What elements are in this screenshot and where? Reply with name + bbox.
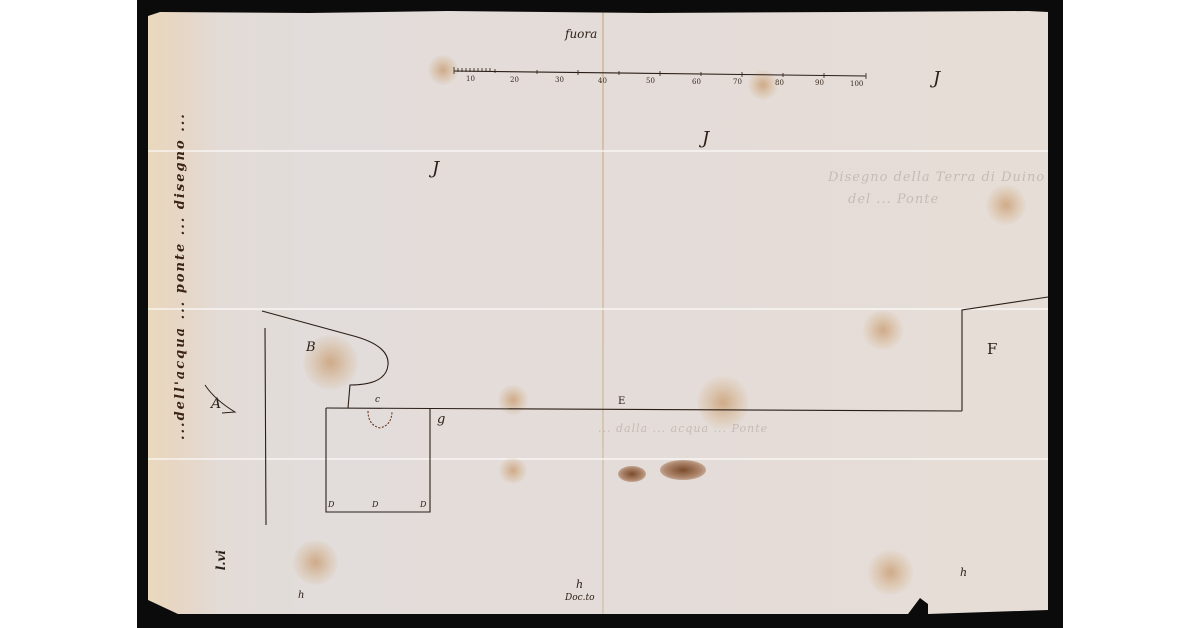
scale-tick-label: 90 [815, 79, 824, 87]
label-b: B [306, 340, 316, 355]
bottom-mark-h: h [298, 590, 304, 601]
label-j: J [432, 158, 439, 179]
bottom-mark-h: h [960, 566, 967, 579]
label-c: c [375, 395, 380, 405]
well-c [368, 411, 392, 428]
signature-mark: l.vi [214, 550, 228, 570]
label-a: A [211, 396, 221, 412]
label-d: D [328, 500, 334, 509]
scale-tick-label: 30 [555, 76, 564, 84]
label-d: D [372, 500, 378, 509]
outline-b [262, 311, 388, 408]
wall-a [265, 328, 266, 525]
scale-tick-label: 10 [466, 75, 475, 83]
label-d: D [420, 500, 426, 509]
scale-tick-label: 80 [775, 79, 784, 87]
enclosure-d [326, 408, 430, 512]
scale-tick-label: 70 [733, 78, 742, 86]
scale-tick-label: 50 [646, 77, 655, 85]
scale-tick-label: 20 [510, 76, 519, 84]
bottom-mark-h: h [576, 578, 583, 591]
plan-drawing [0, 0, 1200, 628]
scale-tick-label: 60 [692, 78, 701, 86]
label-e: E [618, 396, 625, 407]
scale-tick-label: 100 [850, 80, 863, 88]
label-j: J [702, 128, 709, 149]
wall-e [326, 408, 962, 411]
bottom-note: Doc.to [565, 593, 595, 603]
scale-title: fuora [565, 27, 597, 41]
wall-f [962, 297, 1048, 411]
label-f: F [987, 340, 997, 358]
label-j: J [933, 68, 940, 89]
label-g: g [437, 412, 445, 427]
scale-tick-label: 40 [598, 77, 607, 85]
